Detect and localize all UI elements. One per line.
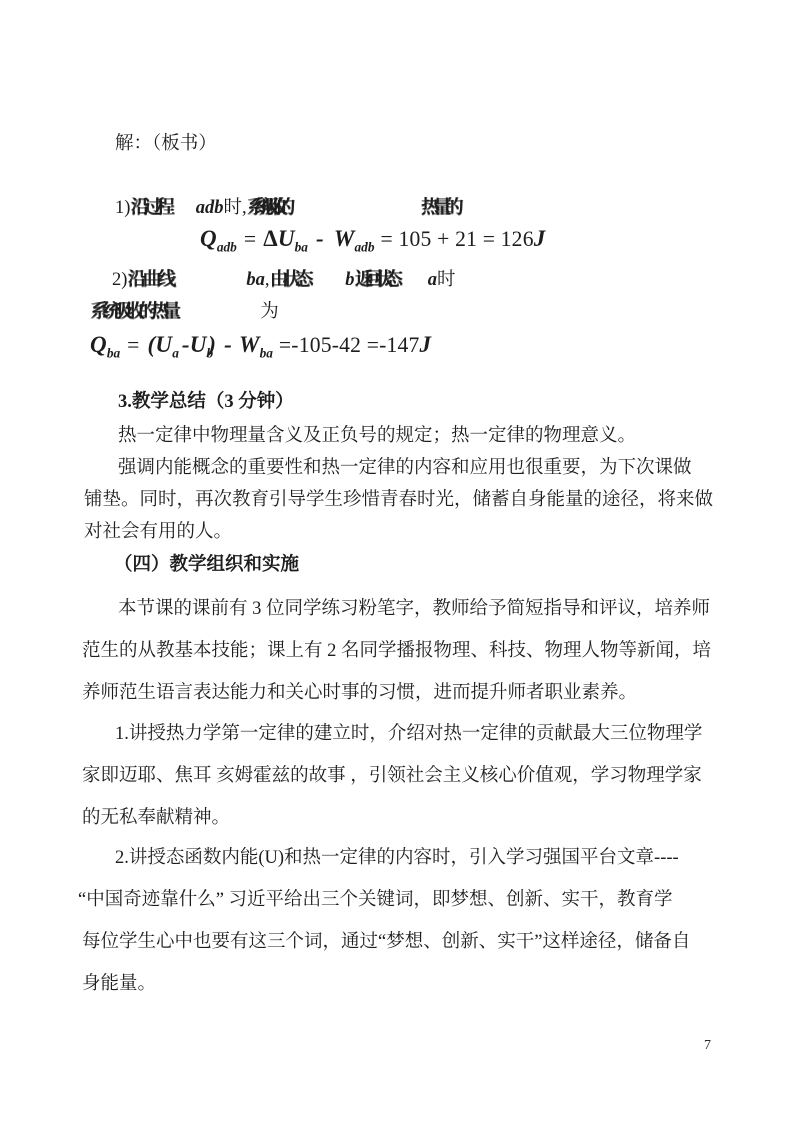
step2-suffix: 时 [437, 270, 456, 290]
section4-para2-line1: 1.讲授热力学第一定律的建立时，介绍对热一定律的贡献最大三位物理学 [115, 722, 702, 747]
section4-para3-line2: “中国奇迹靠什么” 习近平给出三个关键词，即梦想、创新、实干，教育学 [78, 888, 673, 913]
eq-token: Q [200, 226, 217, 251]
section4-para2-line3: 的无私奉献精神。 [82, 806, 230, 831]
step2-var-a: a [428, 270, 437, 290]
eq-token: = [127, 333, 139, 357]
step1-overlap-1: 沿过程 [130, 196, 168, 221]
section4-para1-line3: 养师范生语言表达能力和关心时事的习惯，进而提升师者职业素养。 [82, 681, 637, 706]
section4-para3-line4: 身能量。 [82, 972, 156, 997]
summary-line-4: 对社会有用的人。 [84, 520, 232, 545]
section4-para3-line1: 2.讲授态函数内能(U)和热一定律的内容时，引入学习强国平台文章---- [115, 846, 679, 871]
summary-line-2: 强调内能概念的重要性和热一定律的内容和应用也很重要，为下次课做 [118, 456, 692, 481]
solution-step2-line: 2)沿曲线ba,由状态b返回状态a时 [112, 268, 456, 293]
eq-token: - [316, 226, 324, 251]
eq-token: U [190, 332, 207, 357]
section4-heading: （四）教学组织和实施 [114, 553, 299, 578]
eq-token: W [334, 226, 355, 251]
eq-token: = 105 + 21 = 126 [380, 227, 533, 251]
step1-overlap-3: 热量的 [421, 196, 457, 221]
section4-para2-line2: 家即迈耶、焦耳 亥姆霍兹的故事 ，引领社会主义核心价值观，学习物理学家 [82, 764, 702, 789]
step2-overlap-3: 返回状态 [355, 268, 394, 293]
eq-token: U [278, 226, 295, 251]
section4-para1-line1: 本节课的课前有 3 位同学练习粉笔字，教师给予简短指导和评议，培养师 [118, 597, 710, 622]
solution-header-text: 解：（板书） [115, 134, 217, 154]
eq-token: Q [90, 332, 107, 357]
step1-var-adb: adb [196, 198, 224, 218]
step2-overlap-1: 沿曲线 [127, 268, 172, 293]
section4-para3-line3: 每位学生心中也要有这三个词，通过“梦想、创新、实干”这样途径，储备自 [82, 930, 690, 955]
page-number: 7 [704, 1038, 711, 1054]
eq-token: =-105-42 =-147 [279, 333, 420, 357]
step1-suffix: 时, [223, 198, 246, 218]
step2-var-b: b [345, 270, 354, 290]
eq-token: a [172, 346, 179, 361]
step2-label: 2) [112, 270, 127, 290]
eq-token: ba [295, 240, 308, 255]
step2-var-ba: ba [246, 270, 265, 290]
eq-token: - [182, 332, 190, 357]
solution-step1-line: 1)沿过程adb时,系统吸收的热量的 [115, 196, 457, 221]
step1-label: 1) [115, 198, 130, 218]
document-page: 解：（板书） 1)沿过程adb时,系统吸收的热量的 Qadb=ΔUba-Wadb… [0, 0, 794, 1123]
eq-token: - [224, 332, 232, 357]
step2-overlap-2: 由状态 [270, 268, 308, 293]
eq-token: U [155, 332, 172, 357]
eq-token: ba [260, 346, 273, 361]
step2b-overlap: 系统吸收的热量 [90, 300, 174, 325]
solution-step2-continuation: 系统吸收的热量为 [90, 300, 279, 325]
summary-line-1: 热一定律中物理量含义及正负号的规定；热一定律的物理意义。 [118, 424, 636, 449]
eq-token: adb [217, 240, 237, 255]
eq-token: Δ [263, 226, 278, 251]
solution-header: 解：（板书） [115, 132, 217, 157]
eq-token: adb [354, 240, 374, 255]
eq-token: W [239, 332, 260, 357]
section4-para1-line2: 范生的从教基本技能；课上有 2 名同学播报物理、科技、物理人物等新闻，培 [82, 639, 711, 664]
eq-token: = [244, 227, 256, 251]
equation-1: Qadb=ΔUba-Wadb= 105 + 21 = 126J [200, 226, 545, 256]
summary-heading: 3.教学总结（3 分钟） [118, 390, 294, 415]
eq-token: ) [208, 332, 216, 357]
eq-token: ba [107, 346, 120, 361]
summary-line-3: 铺垫。同时，再次教育引导学生珍惜青春时光，储蓄自身能量的途径，将来做 [84, 488, 713, 513]
equation-2: Qba=(Ua-Ub)-Wba=-105-42 =-147J [90, 332, 431, 362]
eq-token: J [420, 332, 432, 357]
eq-token: J [534, 226, 546, 251]
step1-overlap-2: 系统吸收的 [247, 196, 284, 221]
step2b-tail: 为 [260, 302, 279, 322]
